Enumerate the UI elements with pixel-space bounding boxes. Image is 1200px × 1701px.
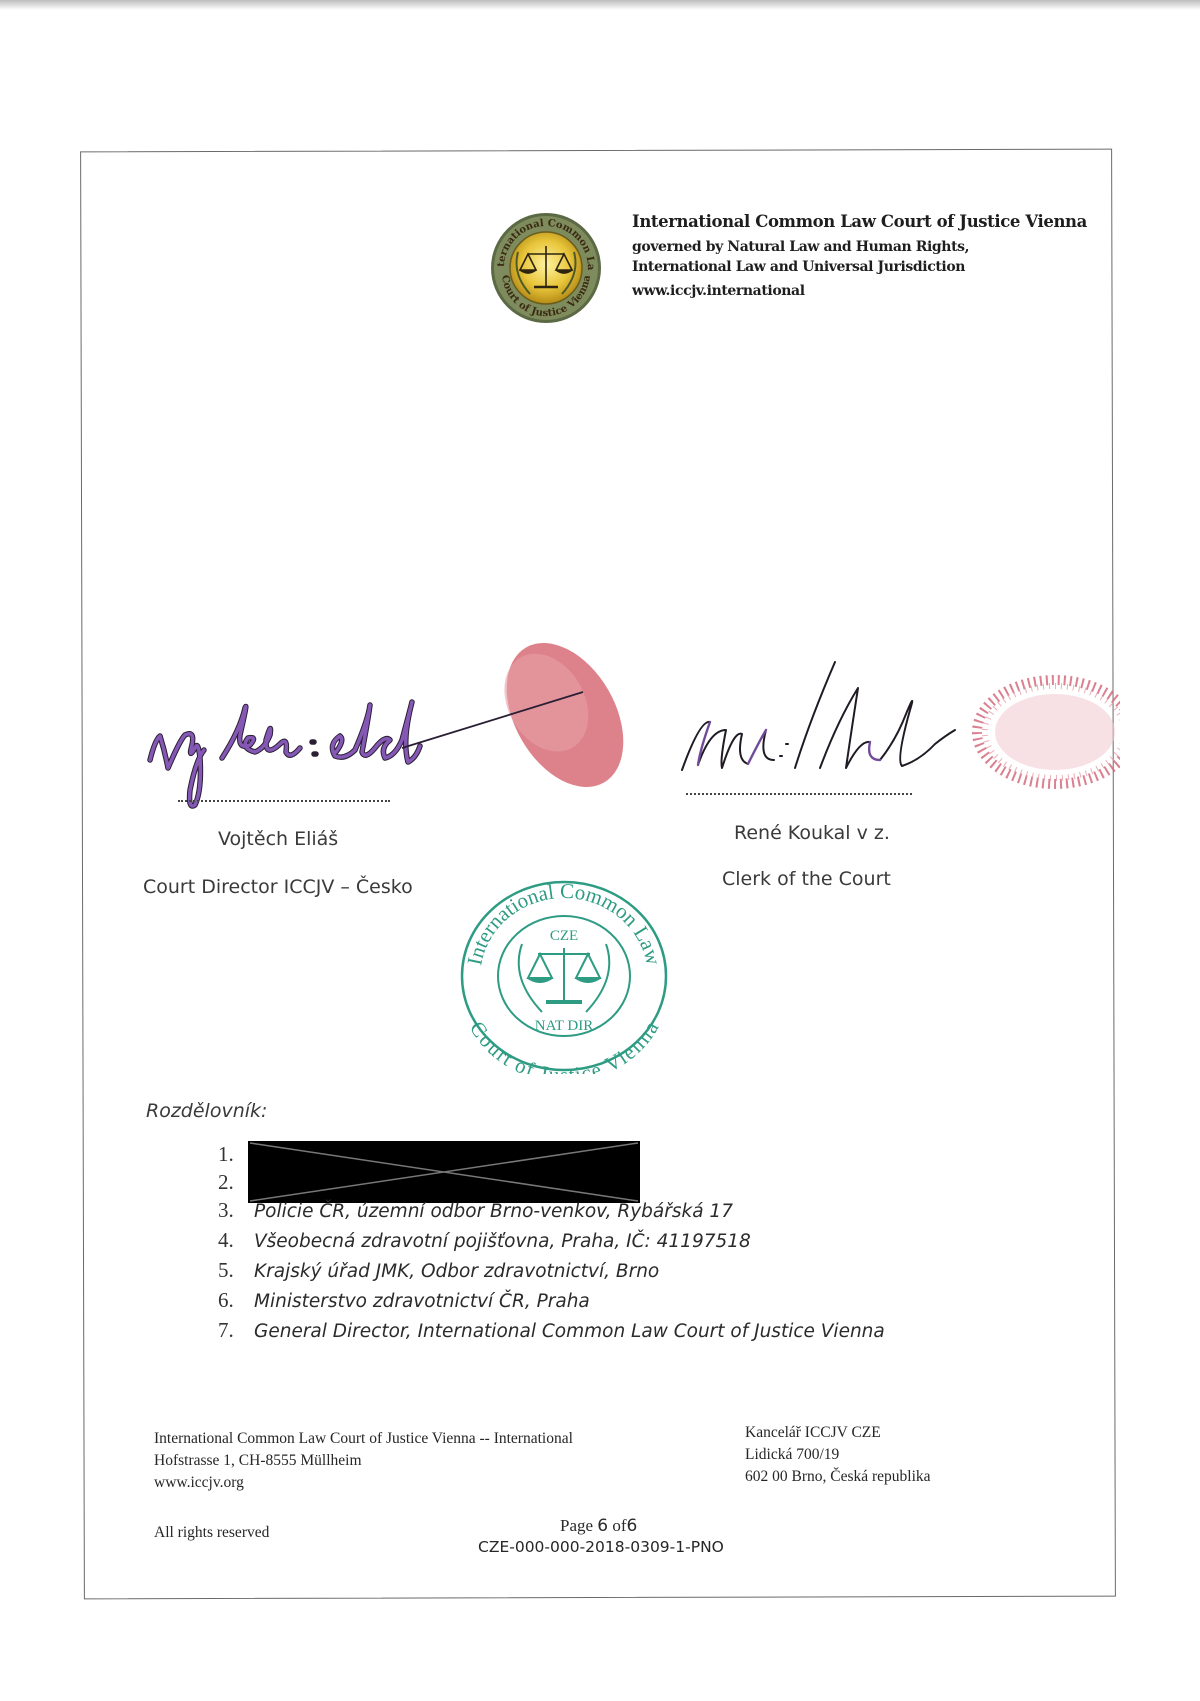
distribution-item-7: 7.General Director, International Common… (218, 1318, 885, 1343)
page-current: 6 (597, 1516, 608, 1536)
footer-office: Kancelář ICCJV CZE (745, 1422, 931, 1444)
page-total: 6 (627, 1516, 638, 1536)
signature-line-left (178, 800, 390, 802)
redaction-box (248, 1141, 640, 1203)
court-name: International Common Law Court of Justic… (632, 212, 1087, 231)
signatory-name-left: Vojtěch Eliáš (218, 828, 338, 850)
subtitle-line-1: governed by Natural Law and Human Rights… (632, 237, 1087, 257)
page-border (80, 149, 1116, 1600)
footer-rights: All rights reserved (154, 1522, 269, 1544)
court-seal-logo-icon: International Common Law Court of Justic… (490, 212, 602, 324)
subtitle-line-2: International Law and Universal Jurisdic… (632, 257, 1087, 277)
footer-address-right: Kancelář ICCJV CZE Lidická 700/19 602 00… (745, 1422, 931, 1488)
signatory-role-left: Court Director ICCJV – Česko (143, 876, 413, 898)
court-letterhead: International Common Law Court of Justic… (632, 212, 1087, 299)
court-subtitle: governed by Natural Law and Human Rights… (632, 237, 1087, 277)
distribution-item-4: 4.Všeobecná zdravotní pojišťovna, Praha,… (218, 1228, 751, 1253)
footer-office-street: Lidická 700/19 (745, 1444, 931, 1466)
svg-text:NAT DIR: NAT DIR (535, 1018, 593, 1034)
signature-vojtech-elias (140, 640, 640, 820)
footer-court-name: International Common Law Court of Justic… (154, 1428, 573, 1450)
court-website: www.iccjv.international (632, 283, 1087, 299)
page-number: Page 6 of6 (560, 1516, 637, 1536)
scan-edge-shadow (0, 0, 1200, 10)
signatory-name-right: René Koukal v z. (734, 822, 890, 844)
distribution-item-6: 6.Ministerstvo zdravotnictví ČR, Praha (218, 1288, 590, 1313)
distribution-item-3: 3.Policie ČR, územní odbor Brno-venkov, … (218, 1198, 733, 1223)
footer-address-left: International Common Law Court of Justic… (154, 1428, 573, 1494)
footer-website: www.iccjv.org (154, 1472, 573, 1494)
distribution-item-5: 5.Krajský úřad JMK, Odbor zdravotnictví,… (218, 1258, 659, 1283)
footer-office-city: 602 00 Brno, Česká republika (745, 1466, 931, 1488)
svg-text:CZE: CZE (550, 928, 578, 944)
signature-line-right (686, 793, 912, 795)
footer-street: Hofstrasse 1, CH-8555 Müllheim (154, 1450, 573, 1472)
signatory-role-right: Clerk of the Court (722, 868, 891, 890)
distribution-heading: Rozdělovník: (146, 1100, 267, 1122)
document-id: CZE-000-000-2018-0309-1-PNO (478, 1538, 724, 1556)
signature-rene-koukal (670, 660, 1120, 810)
court-rubber-stamp-icon: International Common Law Court of Justic… (458, 878, 670, 1074)
